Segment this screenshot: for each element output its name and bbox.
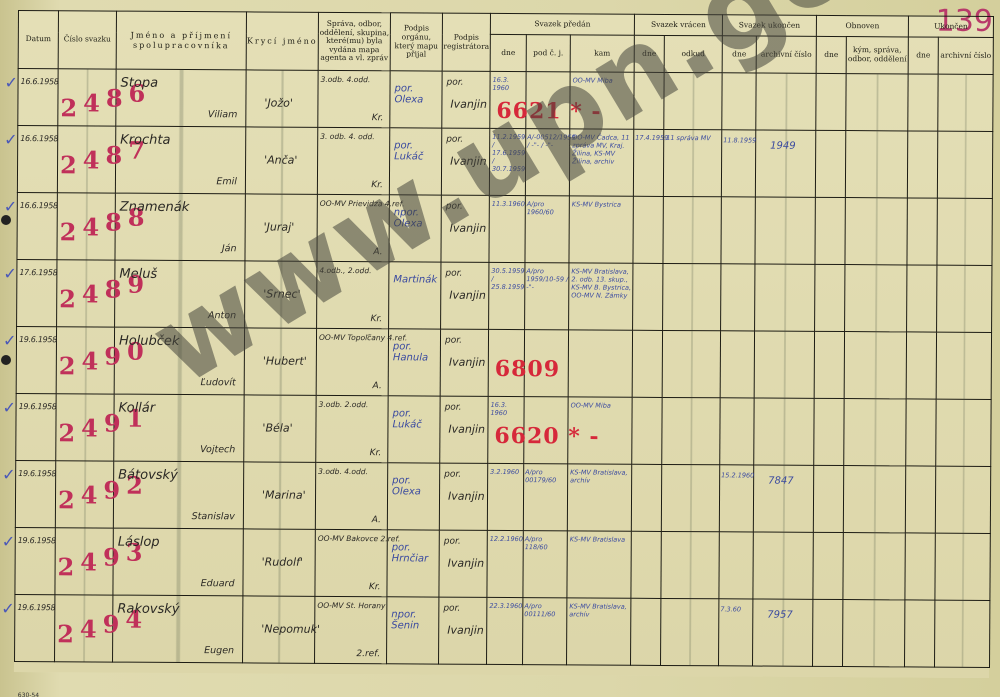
cell-ukoncen2-dne: [907, 198, 937, 265]
cell-ukoncen-dne: [721, 197, 755, 264]
cell-kryci: 'Nepomuk': [243, 596, 315, 663]
cell-vracen-odkud: [664, 72, 722, 129]
cell-podpis-organu: por. Lukáč: [389, 128, 441, 195]
cell-datum: ✓ 17.6.1958: [17, 259, 57, 326]
cell-kryci: 'Béla': [244, 395, 316, 462]
cell-vracen-odkud: [662, 397, 720, 464]
signature: Martinák: [393, 274, 433, 285]
cell-kryci: 'Jožo': [246, 70, 318, 127]
cell-ukoncen-archiv: [754, 398, 814, 465]
cell-ukoncen-archiv: 7847: [753, 465, 813, 532]
cover-name: 'Rudolf': [262, 555, 303, 568]
unit-abbrev: Kr.: [369, 582, 381, 592]
cell-ukoncen2-dne: [905, 466, 935, 533]
cell-predan-kam: KS-MV Bratislava, archív: [567, 598, 631, 665]
cell-obnoven-kym: [845, 131, 907, 198]
unit-line: OO-MV St. Horany: [317, 601, 385, 610]
print-code: 630-54: [18, 692, 39, 697]
col-predan-kam: kam: [570, 35, 634, 72]
check-mark-icon: ✓: [4, 197, 18, 216]
cover-name: 'Juraj': [264, 221, 295, 234]
col-predan-cj: pod č. j.: [526, 35, 570, 72]
cell-ukoncen2-dne: [906, 399, 936, 466]
unit-line: 3. odb. 4. odd.: [320, 132, 375, 141]
cell-jmeno: Holubček Ľudovít: [114, 327, 244, 395]
cover-name: 'Marina': [262, 488, 306, 501]
surname: Láslop: [118, 535, 160, 550]
first-name: Vojtech: [200, 444, 235, 455]
cell-predan-cj: 6809: [524, 330, 568, 397]
cell-ukoncen2-archiv: [936, 399, 991, 466]
cell-cislo: 2494: [55, 595, 113, 662]
cell-ukoncen2-archiv: [937, 131, 992, 198]
first-name: Anton: [208, 310, 236, 321]
cell-podpis-registratora: por. Ivanjin: [441, 262, 489, 329]
cell-ukoncen-archiv: 1949: [755, 130, 815, 197]
cell-podpis-registratora: por. Ivanjin: [441, 195, 489, 262]
cell-predan-dne: 12.2.1960: [487, 530, 523, 597]
cell-cislo: 2486: [58, 69, 116, 126]
surname: Meluš: [119, 267, 157, 282]
cell-ukoncen2-dne: [907, 265, 937, 332]
cell-sprava: 3.odb. 2.odd. Kr.: [316, 395, 388, 462]
cell-datum: ✓ 16.6.1958: [17, 126, 57, 193]
cell-vracen-dne: [632, 330, 662, 397]
check-mark-icon: ✓: [3, 398, 17, 417]
check-mark-icon: ✓: [2, 465, 16, 484]
cover-name: 'Anča': [264, 154, 297, 167]
cover-name: 'Hubert': [263, 355, 307, 368]
cell-predan-kam: KS-MV Bystrica: [569, 196, 633, 263]
cell-ukoncen-archiv: [756, 73, 816, 130]
col-jmeno: Jméno a příjmení spolupracovníka: [116, 11, 246, 70]
signature: por. Olexa: [394, 83, 434, 105]
cell-jmeno: Meluš Anton: [115, 260, 245, 328]
register-row: ✓ 17.6.1958 2489 Meluš Anton 'Srnec' 4.o…: [17, 259, 992, 332]
cell-cislo: 2489: [57, 260, 115, 327]
cell-predan-kam: OO-MV Miba: [568, 397, 632, 464]
cell-ukoncen-archiv: [755, 264, 815, 331]
cell-jmeno: Kollár Vojtech: [114, 394, 244, 462]
cover-name: 'Nepomuk': [261, 622, 320, 635]
binder-hole: [1, 355, 11, 365]
cell-sprava: OO-MV Prievidza 4.ref. A.: [317, 194, 389, 261]
cell-ukoncen2-dne: [905, 600, 935, 667]
cell-predan-kam: OO-MV Miba: [570, 72, 634, 129]
cell-vracen-dne: [631, 598, 661, 665]
cell-vracen-dne: [634, 72, 664, 129]
cell-kryci: 'Rudolf': [243, 529, 315, 596]
signature: npor. Šenin: [391, 609, 431, 631]
cell-predan-cj: A/pro 1960/60: [525, 196, 569, 263]
first-name: Ján: [222, 243, 237, 254]
cell-obnoven-kym: [843, 533, 905, 600]
col-group-svazek-vracen: Svazek vrácen: [634, 14, 722, 36]
cell-vracen-odkud: [662, 330, 720, 397]
cell-jmeno: Stopa Viliam: [116, 69, 246, 127]
unit-abbrev: Kr.: [372, 113, 384, 123]
first-name: Eduard: [201, 578, 235, 589]
cell-predan-kam: KS-MV Bratislava, 2. odb. 13. skup., KS-…: [569, 263, 633, 330]
col-podpis-organu: Podpis orgánu, který mapu přijal: [390, 13, 442, 71]
signature: npor. Olexa: [394, 207, 434, 229]
cell-predan-cj: A/pro 118/60: [523, 531, 567, 598]
signature: Ivanjin: [450, 222, 487, 235]
surname: Holubček: [119, 334, 180, 349]
cover-name: 'Jožo': [264, 97, 293, 110]
col-group-svazek-ukoncen: Svazek ukončen: [722, 15, 816, 37]
cell-sprava: OO-MV Bakovce 2.ref. Kr.: [315, 529, 387, 596]
col-podpis-registratora: Podpis registrátora: [442, 13, 490, 71]
cell-ukoncen-archiv: [753, 532, 813, 599]
col-datum: Datum: [18, 11, 58, 69]
col-sprava: Správa, odbor, oddělení, skupina, které(…: [318, 12, 390, 70]
check-mark-icon: ✓: [1, 599, 15, 618]
cell-ukoncen2-archiv: [935, 533, 990, 600]
cell-ukoncen-dne: [720, 331, 754, 398]
col-vracen-dne: dne: [634, 35, 664, 72]
cell-ukoncen-dne: 7.3.60: [719, 599, 753, 666]
cell-podpis-registratora: por. Ivanjin: [440, 396, 488, 463]
unit-abbrev: Kr.: [370, 314, 382, 324]
first-name: Viliam: [208, 109, 238, 120]
first-name: Stanislav: [192, 511, 235, 522]
cover-name: 'Béla': [262, 422, 292, 435]
cell-ukoncen2-archiv: [937, 265, 992, 332]
cell-jmeno: Znamenák Ján: [115, 193, 245, 261]
cell-jmeno: Láslop Eduard: [113, 528, 243, 596]
cell-ukoncen2-archiv: [938, 74, 993, 131]
check-mark-icon: ✓: [2, 532, 16, 551]
register-row: ✓ 16.6.1958 2486 Stopa Viliam 'Jožo' 3.o…: [18, 69, 993, 132]
surname: Kollár: [119, 401, 156, 416]
binder-hole: [1, 215, 11, 225]
cell-sprava: 3.odb. 4.odd. Kr.: [318, 70, 390, 127]
cell-kryci: 'Anča': [245, 127, 317, 194]
cell-obnoven-dne: [815, 264, 845, 331]
cell-ukoncen-dne: 11.8.1959: [721, 130, 755, 197]
cell-podpis-organu: por. Hanula: [388, 329, 440, 396]
signature: Ivanjin: [448, 423, 485, 436]
cell-predan-cj: A/pro 00179/60: [523, 464, 567, 531]
signature: por. Olexa: [392, 475, 432, 497]
cell-datum: ✓ 16.6.1958: [18, 69, 58, 126]
unit-abbrev: Kr.: [371, 180, 383, 190]
cell-ukoncen2-archiv: [936, 332, 991, 399]
cell-predan-cj: A/pro 1959/10-59 / -"-: [525, 263, 569, 330]
signature: Ivanjin: [450, 155, 487, 168]
signature: Ivanjin: [449, 289, 486, 302]
signature: por. Lukáč: [392, 408, 432, 430]
signature: por. Lukáč: [394, 140, 434, 162]
cell-sprava: 3. odb. 4. odd. Kr.: [317, 127, 389, 194]
signature: por. Hanula: [393, 341, 433, 363]
cell-jmeno: Krochta Emil: [115, 126, 245, 194]
col-obnoven-dne: dne: [816, 36, 846, 73]
cell-obnoven-kym: [846, 74, 908, 131]
cell-vracen-odkud: [663, 263, 721, 330]
cell-podpis-registratora: por. Ivanjin: [440, 329, 488, 396]
cell-ukoncen2-dne: [908, 74, 938, 131]
cell-vracen-dne: [631, 531, 661, 598]
cell-kryci: 'Juraj': [245, 194, 317, 261]
check-mark-icon: ✓: [3, 331, 17, 350]
cell-predan-cj: 6620 * -: [524, 397, 568, 464]
red-stamp: 6809: [495, 356, 560, 382]
agent-register-table: Datum Číslo svazku Jméno a příjmení spol…: [14, 10, 994, 668]
cell-podpis-organu: por. Hrnčiar: [387, 530, 439, 597]
col-predan-dne: dne: [490, 34, 526, 71]
cell-podpis-organu: npor. Šenin: [387, 597, 439, 664]
col-ukoncen-dne: dne: [722, 36, 756, 73]
first-name: Eugen: [204, 645, 234, 656]
col-kryci-jmeno: Krycí jméno: [246, 12, 318, 70]
cell-predan-kam: KS-MV Bratislava: [567, 531, 631, 598]
signature: Ivanjin: [448, 490, 485, 503]
cell-cislo: 2493: [55, 528, 113, 595]
cell-predan-kam: KS-MV Bratislava, archív: [567, 464, 631, 531]
cell-ukoncen-dne: 15.2.1960: [719, 465, 753, 532]
cell-obnoven-kym: [843, 600, 905, 667]
cell-obnoven-dne: [815, 197, 845, 264]
cell-ukoncen-archiv: [754, 331, 814, 398]
surname: Krochta: [120, 133, 170, 148]
unit-line: 3.odb. 4.odd.: [321, 75, 371, 84]
cell-predan-dne: 11.3.1960: [489, 195, 525, 262]
cell-predan-dne: 30.5.1959 / 25.8.1959: [489, 262, 525, 329]
cell-ukoncen2-archiv: [935, 600, 990, 667]
col-cislo-svazku: Číslo svazku: [58, 11, 116, 69]
cell-datum: ✓ 19.6.1958: [16, 326, 56, 393]
cell-vracen-odkud: [661, 598, 719, 665]
cell-cislo: 2491: [56, 394, 114, 461]
cell-vracen-dne: [631, 464, 661, 531]
cell-ukoncen2-dne: [906, 332, 936, 399]
cell-vracen-odkud: [661, 531, 719, 598]
cell-obnoven-dne: [815, 130, 845, 197]
col-group-ukoncen: Ukončen: [908, 16, 993, 38]
cell-obnoven-kym: [844, 332, 906, 399]
signature: Ivanjin: [447, 624, 484, 637]
register-row: ✓ 19.6.1958 2494 Rakovský Eugen 'Nepomuk…: [15, 594, 990, 667]
col-obnoven-kym: kým, správa, odbor, oddělení: [846, 37, 908, 74]
register-row: ✓ 16.6.1958 2488 Znamenák Ján 'Juraj' OO…: [17, 192, 992, 265]
cell-ukoncen2-archiv: [937, 198, 992, 265]
cell-vracen-odkud: [661, 464, 719, 531]
cell-predan-dne: 22.3.1960: [487, 597, 523, 664]
cell-vracen-dne: 17.4.1959: [633, 129, 663, 196]
cell-ukoncen-dne: [719, 532, 753, 599]
cell-podpis-organu: por. Lukáč: [388, 396, 440, 463]
unit-line: 3.odb. 4.odd.: [318, 467, 368, 476]
unit-line: 4.odb., 2.odd.: [319, 266, 371, 275]
cell-cislo: 2488: [57, 193, 115, 260]
cell-cislo: 2492: [55, 461, 113, 528]
cell-podpis-registratora: por. Ivanjin: [439, 463, 487, 530]
cover-name: 'Srnec': [263, 288, 300, 301]
cell-podpis-registratora: por. Ivanjin: [442, 71, 490, 128]
cell-ukoncen2-dne: [905, 533, 935, 600]
unit-abbrev: Kr.: [370, 448, 382, 458]
cell-jmeno: Bátovský Stanislav: [113, 461, 243, 529]
cell-sprava: OO-MV St. Horany 2.ref.: [315, 596, 387, 663]
cell-vracen-dne: [633, 196, 663, 263]
cell-datum: ✓ 19.6.1958: [15, 527, 55, 594]
signature: Ivanjin: [450, 98, 487, 111]
cell-podpis-organu: npor. Olexa: [389, 195, 441, 262]
register-row: ✓ 19.6.1958 2492 Bátovský Stanislav 'Mar…: [15, 460, 990, 533]
surname: Rakovský: [117, 602, 179, 617]
cell-podpis-registratora: por. Ivanjin: [441, 128, 489, 195]
unit-line: 3.odb. 2.odd.: [319, 400, 369, 409]
register-row: ✓ 19.6.1958 2493 Láslop Eduard 'Rudolf' …: [15, 527, 990, 600]
first-name: Ľudovít: [201, 377, 236, 388]
col-group-obnoven: Obnoven: [816, 15, 908, 37]
check-mark-icon: ✓: [4, 130, 18, 149]
signature: por. Hrnčiar: [392, 542, 432, 564]
cell-obnoven-dne: [813, 599, 843, 666]
col-ukoncen2-archiv: archivní číslo: [938, 37, 993, 74]
cell-obnoven-kym: [845, 265, 907, 332]
unit-abbrev: A.: [372, 515, 381, 525]
cell-datum: ✓ 19.6.1958: [16, 393, 56, 460]
cell-predan-dne: 3.2.1960: [487, 463, 523, 530]
cell-ukoncen2-archiv: [935, 466, 990, 533]
cell-predan-kam: [568, 330, 632, 397]
cell-datum: ✓ 16.6.1958: [17, 192, 57, 259]
cell-predan-dne: 11.2.1959 / 17.6.1959 / 30.7.1959: [489, 128, 525, 195]
cell-ukoncen-dne: [720, 398, 754, 465]
surname: Znamenák: [120, 200, 190, 215]
cell-predan-kam: OO-MV Čadca, 11 zpráva MV, Kraj. Žilina,…: [569, 129, 633, 196]
cell-podpis-organu: Martinák: [389, 262, 441, 329]
register-row: ✓ 16.6.1958 2487 Krochta Emil 'Anča' 3. …: [17, 126, 992, 199]
unit-abbrev: A.: [372, 381, 381, 391]
cell-vracen-dne: [632, 397, 662, 464]
first-name: Emil: [216, 176, 237, 187]
surname: Stopa: [121, 76, 159, 91]
cell-datum: ✓ 19.6.1958: [15, 460, 55, 527]
cell-cislo: 2487: [57, 126, 115, 193]
cell-ukoncen-dne: [721, 264, 755, 331]
cell-cislo: 2490: [56, 327, 114, 394]
cell-ukoncen2-dne: [907, 131, 937, 198]
register-row: ✓ 19.6.1958 2491 Kollár Vojtech 'Béla' 3…: [16, 393, 991, 466]
surname: Bátovský: [118, 468, 178, 483]
cell-podpis-organu: por. Olexa: [390, 71, 442, 128]
register-row: ✓ 19.6.1958 2490 Holubček Ľudovít 'Huber…: [16, 326, 991, 399]
cell-obnoven-dne: [813, 465, 843, 532]
col-group-svazek-predan: Svazek předán: [490, 13, 634, 35]
cell-sprava: 4.odb., 2.odd. Kr.: [317, 261, 389, 328]
cell-obnoven-kym: [843, 466, 905, 533]
cell-podpis-organu: por. Olexa: [387, 463, 439, 530]
col-ukoncen-archiv: archivní číslo: [756, 36, 816, 73]
cell-kryci: 'Marina': [243, 462, 315, 529]
cell-podpis-registratora: por. Ivanjin: [439, 597, 487, 664]
check-mark-icon: ✓: [4, 73, 18, 92]
unit-abbrev: 2.ref.: [356, 649, 380, 659]
cell-obnoven-dne: [814, 331, 844, 398]
cell-obnoven-kym: [844, 399, 906, 466]
cell-sprava: 3.odb. 4.odd. A.: [315, 462, 387, 529]
cell-obnoven-dne: [814, 398, 844, 465]
cell-ukoncen-archiv: 7957: [753, 599, 813, 666]
cell-jmeno: Rakovský Eugen: [113, 595, 243, 663]
cell-obnoven-kym: [845, 198, 907, 265]
signature: Ivanjin: [448, 557, 485, 570]
cell-obnoven-dne: [813, 532, 843, 599]
unit-abbrev: A.: [373, 247, 382, 257]
register-sheet: 139 Datum Číslo svazku Jméno a příjmení …: [14, 10, 993, 678]
cell-vracen-dne: [633, 263, 663, 330]
col-vracen-odkud: odkud: [664, 35, 722, 72]
cell-predan-cj: A/-00512/1959 / -"- / -"-: [525, 129, 569, 196]
cell-ukoncen-dne: [722, 73, 756, 130]
cell-vracen-odkud: 11 správa MV: [663, 129, 721, 196]
signature: Ivanjin: [449, 356, 486, 369]
cell-sprava: OO-MV Topoľčany 4.ref. A.: [316, 328, 388, 395]
cell-vracen-odkud: [663, 196, 721, 263]
cell-ukoncen-archiv: [755, 197, 815, 264]
cell-predan-cj: A/pro 00111/60: [523, 598, 567, 665]
cell-obnoven-dne: [816, 73, 846, 130]
check-mark-icon: ✓: [3, 264, 17, 283]
col-ukoncen2-dne: dne: [908, 37, 938, 74]
cell-predan-cj: 6621 * -: [526, 72, 570, 129]
cell-podpis-registratora: por. Ivanjin: [439, 530, 487, 597]
cell-kryci: 'Srnec': [245, 261, 317, 328]
cell-kryci: 'Hubert': [244, 328, 316, 395]
cell-datum: ✓ 19.6.1958: [15, 594, 55, 661]
